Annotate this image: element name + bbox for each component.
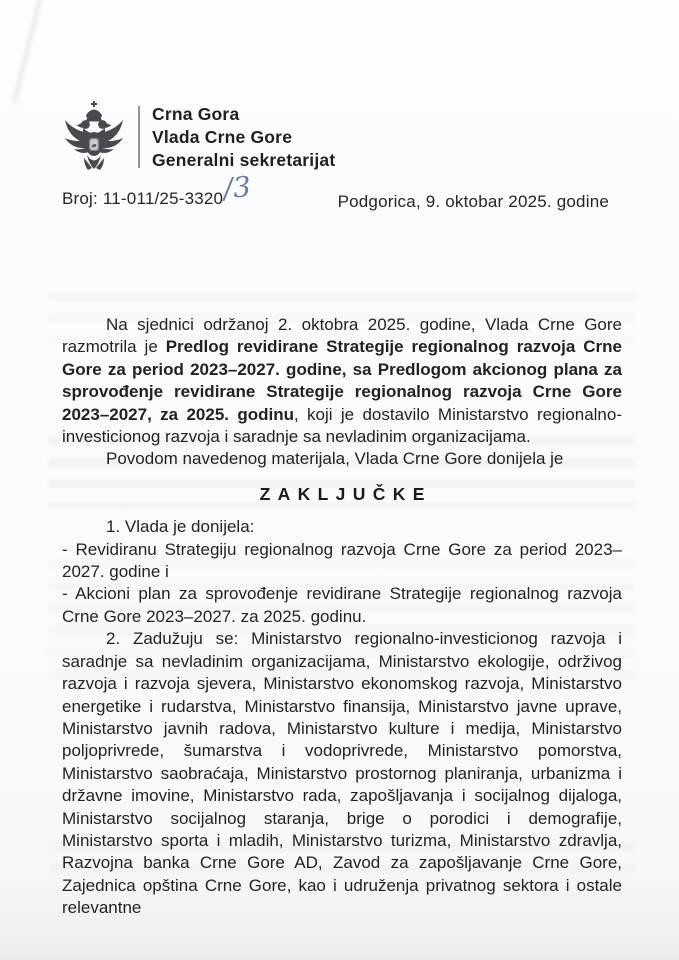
letterhead-department: Generalni sekretarijat	[152, 149, 335, 172]
scanned-document-page: Crna Gora Vlada Crne Gore Generalni sekr…	[0, 0, 679, 960]
letterhead-divider	[138, 106, 140, 168]
handwritten-copy-number: /3	[223, 178, 252, 198]
reference-number: Broj: 11-011/25-3320/3	[62, 186, 252, 209]
document-body: Na sjednici održanoj 2. oktobra 2025. go…	[62, 314, 622, 920]
paragraph-session: Na sjednici održanoj 2. oktobra 2025. go…	[62, 314, 622, 448]
item-1-title: 1. Vlada je donijela:	[62, 516, 622, 538]
item-1-bullet: - Revidiranu Strategiju regionalnog razv…	[62, 539, 622, 584]
coat-of-arms-icon	[62, 100, 126, 174]
letterhead: Crna Gora Vlada Crne Gore Generalni sekr…	[62, 100, 335, 174]
paper-crease	[13, 0, 43, 103]
dateline: Podgorica, 9. oktobar 2025. godine	[338, 192, 609, 212]
item-2-paragraph: 2. Zadužuju se: Ministarstvo regionalno-…	[62, 628, 622, 919]
item-1-bullet: - Akcioni plan za sprovođenje revidirane…	[62, 583, 622, 628]
paragraph-intro-conclusions: Povodom navedenog materijala, Vlada Crne…	[62, 448, 622, 470]
letterhead-government: Vlada Crne Gore	[152, 126, 335, 149]
letterhead-country: Crna Gora	[152, 103, 335, 126]
conclusions-heading: ZAKLJUČKE	[62, 483, 622, 505]
reference-number-printed: Broj: 11-011/25-3320	[62, 189, 223, 208]
reference-row: Broj: 11-011/25-3320/3 Podgorica, 9. okt…	[62, 186, 621, 212]
letterhead-text: Crna Gora Vlada Crne Gore Generalni sekr…	[152, 103, 335, 172]
